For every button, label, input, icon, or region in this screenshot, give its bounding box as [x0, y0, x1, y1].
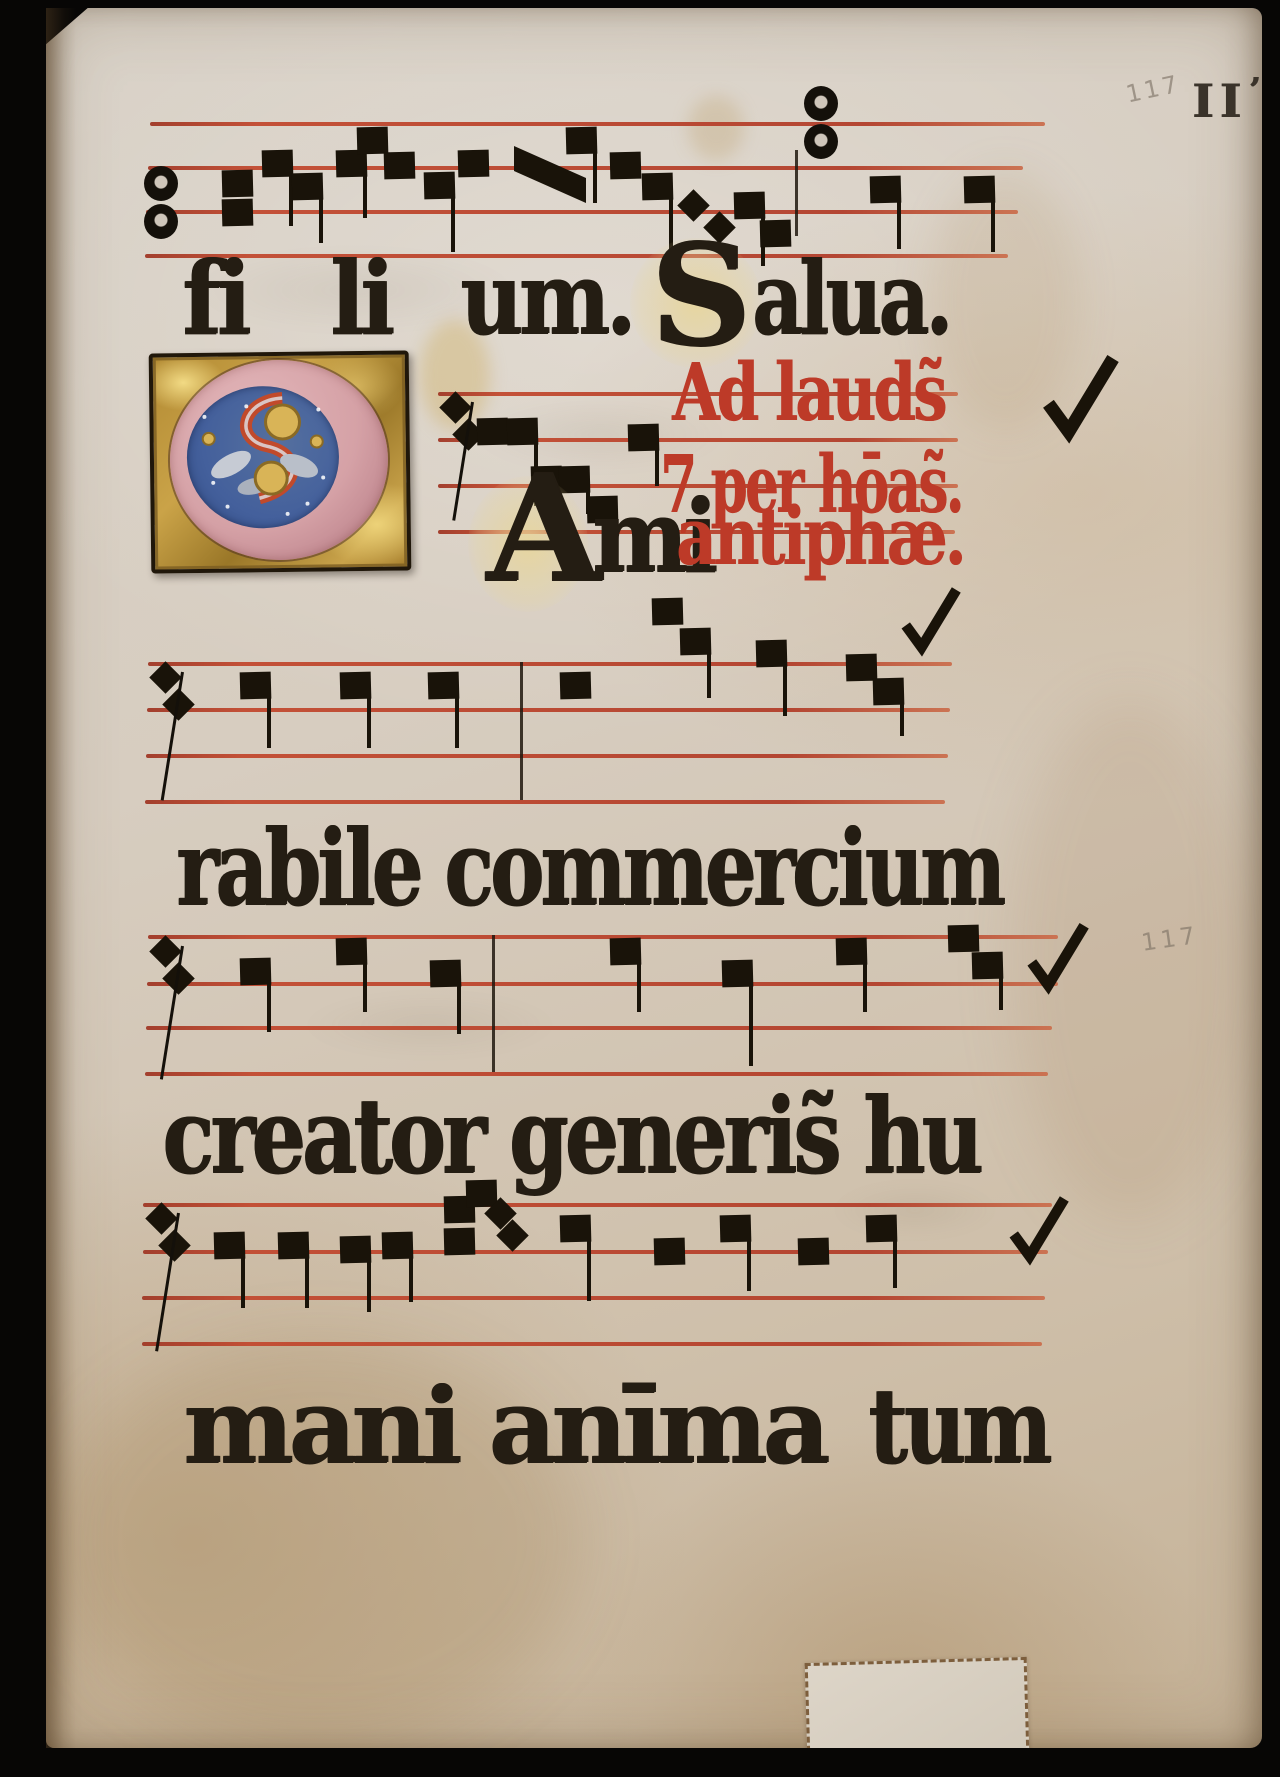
divisio-barline: [795, 150, 798, 236]
lyric-mani: mani anīma: [183, 1378, 825, 1474]
salua-rest: alua.: [752, 252, 949, 344]
neume-stem: [409, 1250, 413, 1302]
folio-number: II: [1192, 80, 1247, 122]
salua-initial: S: [650, 232, 745, 361]
neume-stem: [593, 145, 597, 203]
neume-square: [798, 1238, 830, 1266]
clef-icon: [804, 124, 838, 159]
neume-stem: [863, 956, 867, 1012]
neume-stem: [457, 978, 461, 1034]
parchment-page: filium.Salua.Ad lauds̃7 per hōas̃.Amiant…: [46, 8, 1262, 1748]
neume-oblique: [514, 146, 586, 203]
neume-square: [357, 127, 389, 155]
rubric-antiphae: antiphæ.: [676, 500, 963, 574]
pencil-note-top: 117: [1124, 73, 1182, 106]
binding-gutter: [46, 8, 76, 1748]
staff-line-staff-3: [148, 662, 952, 666]
neume-stem: [747, 1233, 751, 1291]
divisio-barline: [492, 935, 495, 1072]
neume-stem: [267, 690, 271, 748]
neume-stem: [305, 1250, 309, 1308]
pencil-note-margin: 117: [1140, 924, 1200, 954]
lyric-tum: tum: [868, 1378, 1048, 1474]
neume-square: [222, 199, 254, 227]
neume-stem: [319, 191, 323, 243]
neume-square: [384, 152, 416, 180]
initial-vine-ornament: [186, 385, 340, 529]
neume-square: [654, 1238, 686, 1266]
neume-stem: [707, 646, 711, 698]
neume-stem: [363, 956, 367, 1012]
staff-line-staff-3: [145, 800, 945, 804]
clef-icon: [144, 166, 178, 201]
neume-stem: [455, 690, 459, 748]
staff-line-staff-1: [150, 122, 1045, 126]
lyric-rabile: rabile commercium: [176, 820, 1002, 916]
lyric-um: um.: [460, 252, 632, 344]
neume-square: [652, 598, 684, 626]
staff-line-staff-4: [146, 1026, 1052, 1030]
neume-stem: [367, 690, 371, 748]
neume-stem: [991, 194, 995, 252]
ami-initial: A: [486, 460, 594, 596]
custos-check-icon: [1046, 356, 1118, 448]
repair-patch: [805, 1657, 1030, 1748]
staff-line-staff-5: [143, 1203, 1052, 1207]
neume-stem: [363, 168, 367, 218]
custos-check-icon: [1030, 920, 1088, 1002]
clef-icon: [804, 86, 838, 121]
neume-stem: [999, 970, 1003, 1010]
custos-check-icon: [902, 588, 962, 660]
neume-stem: [587, 1233, 591, 1301]
manuscript-photo: filium.Salua.Ad lauds̃7 per hōas̃.Amiant…: [0, 0, 1280, 1777]
neume-square: [610, 152, 642, 180]
neume-square: [222, 170, 254, 198]
custos-check-icon: [1012, 1196, 1068, 1270]
neume-stem: [267, 976, 271, 1032]
illuminated-initial-O: [149, 350, 412, 573]
neume-stem: [241, 1250, 245, 1308]
neume-square: [560, 672, 592, 700]
clef-icon: [144, 204, 178, 239]
staff-line-staff-5: [142, 1342, 1042, 1346]
page-content: filium.Salua.Ad lauds̃7 per hōas̃.Amiant…: [46, 8, 1262, 1748]
neume-stem: [637, 956, 641, 1012]
neume-stem: [749, 978, 753, 1066]
staff-line-staff-1: [146, 210, 1018, 214]
neume-stem: [451, 190, 455, 252]
neume-square: [444, 1228, 476, 1256]
divisio-barline: [520, 662, 523, 800]
lyric-creator: creator generis̃ hu: [162, 1088, 979, 1184]
neume-stem: [893, 1233, 897, 1288]
neume-stem: [900, 696, 904, 736]
rubric-ad-laudes: Ad lauds̃: [672, 356, 944, 430]
neume-square: [458, 150, 490, 178]
bleedthrough-text: [300, 990, 560, 1060]
neume-stem: [367, 1254, 371, 1312]
staff-line-staff-3: [146, 754, 948, 758]
staff-line-staff-4: [147, 982, 1058, 986]
folio-tick: ʼ: [1248, 76, 1258, 107]
neume-square: [846, 654, 878, 682]
staff-line-staff-4: [148, 935, 1058, 939]
stain: [688, 96, 744, 160]
clef-descender-icon: [155, 1213, 180, 1352]
lyric-fi: fi: [182, 252, 247, 344]
staff-line-staff-5: [142, 1296, 1045, 1300]
lyric-li: li: [330, 252, 390, 344]
neume-stem: [783, 658, 787, 716]
